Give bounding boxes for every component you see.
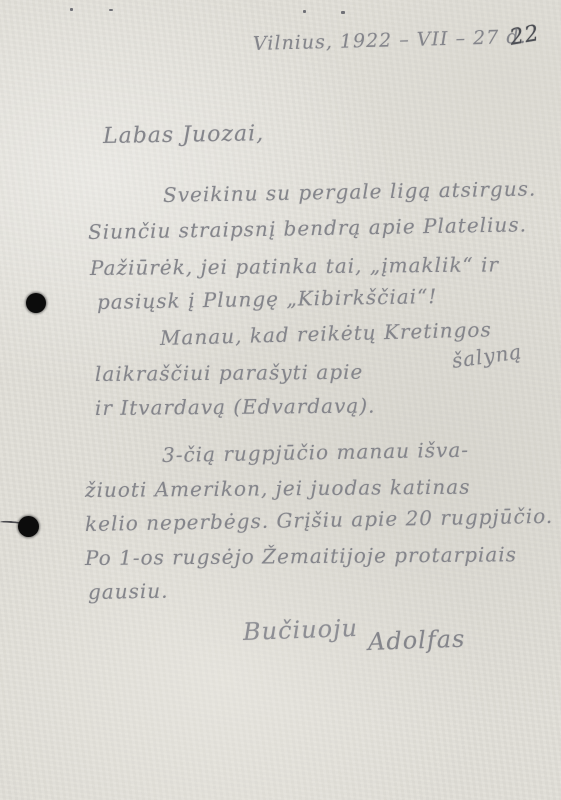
letter-line: ir Itvardavą (Edvardavą).: [95, 394, 376, 420]
letter-line: gausiu.: [88, 579, 169, 604]
letter-line: Pažiūrėk, jei patinka tai, „įmaklik“ ir: [90, 252, 499, 280]
letter-line: 3-čią rugpjūčio manau išva-: [162, 438, 469, 467]
punch-hole-icon: [26, 293, 46, 313]
letter-page: Vilnius, 1922 – VII – 27 d. 22 Labas Juo…: [0, 0, 561, 800]
letter-line: laikraščiui parašyti apie: [95, 360, 364, 386]
dust-speck-icon: [341, 11, 345, 14]
letter-line: Po 1-os rugsėjo Žemaitijoje protarpiais: [85, 542, 517, 570]
letter-line: Siunčiu straipsnį bendrą apie Platelius.: [88, 212, 527, 244]
salutation: Labas Juozai,: [103, 121, 265, 149]
letter-line: Manau, kad reikėtų Kretingos: [160, 317, 492, 350]
dust-speck-icon: [109, 9, 113, 11]
letter-line: žiuoti Amerikon, jei juodas katinas: [85, 475, 471, 502]
letter-line: pasiųsk į Plungę „Kibirkščiai“!: [97, 284, 438, 314]
signature: Adolfas: [368, 625, 466, 656]
closing: Bučiuoju: [243, 614, 359, 646]
dust-speck-icon: [303, 10, 306, 13]
dust-speck-icon: [70, 8, 73, 11]
punch-hole-icon: [18, 516, 39, 537]
letter-line: Sveikinu su pergale ligą atsirgus.: [163, 176, 537, 207]
letter-line: kelio neperbėgs. Grįšiu apie 20 rugpjūči…: [85, 504, 554, 536]
dateline: Vilnius, 1922 – VII – 27 d.: [253, 26, 527, 55]
page-number: 22: [508, 21, 542, 51]
letter-line: šalyną: [450, 339, 523, 373]
